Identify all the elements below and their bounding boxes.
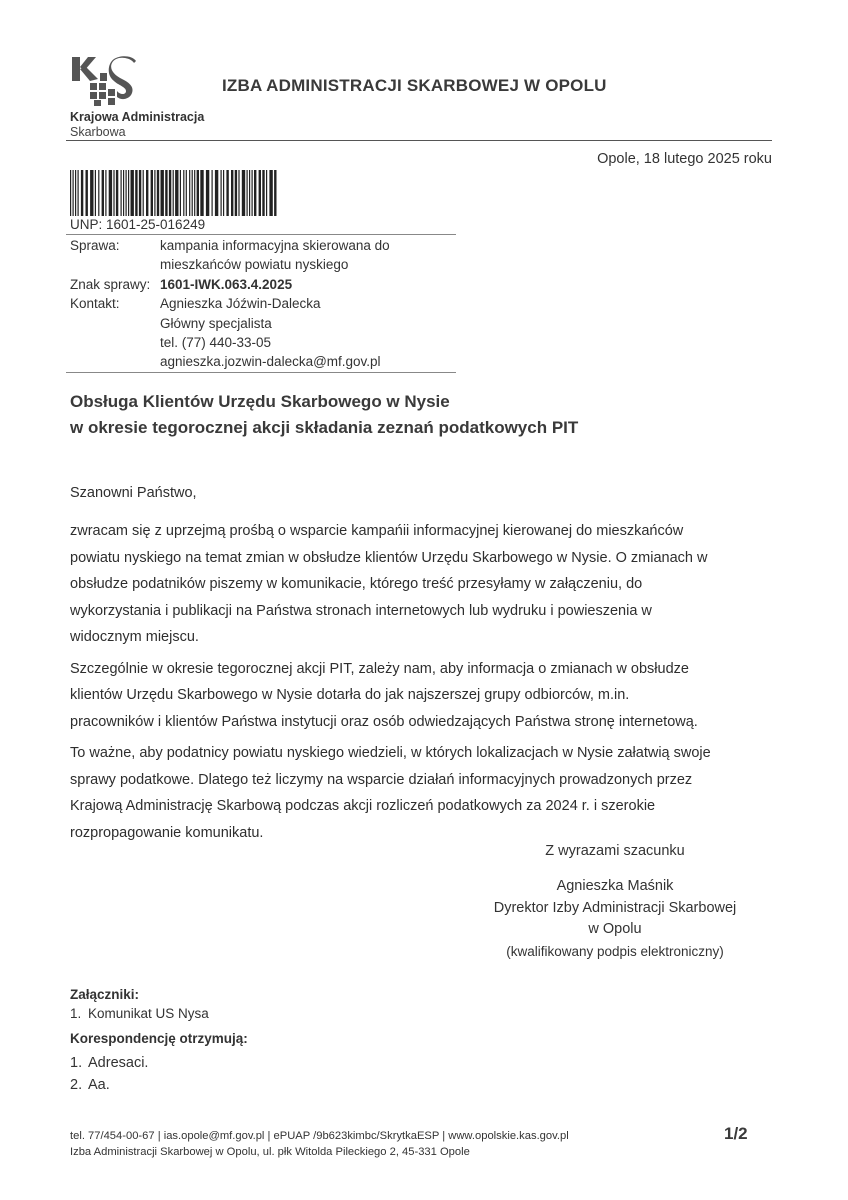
meta-divider-bottom: [66, 372, 456, 373]
meta-row: Główny specjalista: [70, 314, 390, 333]
case-meta-table: Sprawa:kampania informacyjna skierowana …: [70, 236, 390, 372]
meta-row: Kontakt:Agnieszka Jóźwin-Dalecka: [70, 294, 390, 313]
footer-address-line: Izba Administracji Skarbowej w Opolu, ul…: [70, 1144, 569, 1160]
meta-label: [70, 333, 160, 352]
letter-date: Opole, 18 lutego 2025 roku: [597, 151, 772, 167]
body-line: pracowników i klientów Państwa instytucj…: [70, 709, 770, 736]
list-number: 2.: [70, 1074, 88, 1096]
list-item: 1.Komunikat US Nysa: [70, 1004, 209, 1023]
body-line: obsłudze podatników piszemy w komunikaci…: [70, 571, 770, 598]
meta-value: tel. (77) 440-33-05: [160, 333, 390, 352]
footer-contact-line: tel. 77/454-00-67 | ias.opole@mf.gov.pl …: [70, 1128, 569, 1144]
signer-name: Agnieszka Maśnik: [460, 876, 770, 898]
body-line: sprawy podatkowe. Dlatego też liczymy na…: [70, 767, 770, 794]
recipients-heading: Korespondencję otrzymują:: [70, 1031, 248, 1046]
letter-body: zwracam się z uprzejmą prośbą o wsparcie…: [70, 518, 770, 851]
list-item: 1.Adresaci.: [70, 1052, 248, 1074]
recipients-list: 1.Adresaci.2.Aa.: [70, 1052, 248, 1096]
list-number: 1.: [70, 1004, 88, 1023]
meta-divider-top: [66, 234, 456, 235]
attachments-list: 1.Komunikat US Nysa: [70, 1004, 209, 1023]
meta-label: [70, 255, 160, 274]
meta-label: [70, 314, 160, 333]
meta-value: kampania informacyjna skierowana do: [160, 236, 390, 255]
attachments-heading: Załączniki:: [70, 985, 209, 1004]
body-line: Krajową Administrację Skarbową podczas a…: [70, 793, 770, 820]
meta-label: [70, 352, 160, 371]
signature-note: (kwalifikowany podpis elektroniczny): [460, 941, 770, 963]
body-line: klientów Urzędu Skarbowego w Nysie dotar…: [70, 682, 770, 709]
signature-block: Agnieszka Maśnik Dyrektor Izby Administr…: [460, 876, 770, 962]
meta-label: Znak sprawy:: [70, 275, 160, 294]
closing: Z wyrazami szacunku: [460, 843, 770, 859]
page-number: 1/2: [724, 1124, 748, 1144]
meta-row: Znak sprawy:1601-IWK.063.4.2025: [70, 275, 390, 294]
meta-label: Kontakt:: [70, 294, 160, 313]
list-text: Adresaci.: [88, 1055, 148, 1071]
body-line: Szczególnie w okresie tegorocznej akcji …: [70, 656, 770, 683]
meta-row: Sprawa:kampania informacyjna skierowana …: [70, 236, 390, 255]
meta-value: 1601-IWK.063.4.2025: [160, 275, 390, 294]
list-text: Komunikat US Nysa: [88, 1006, 209, 1021]
kas-logo-icon: [70, 55, 140, 107]
letter-subject: Obsługa Klientów Urzędu Skarbowego w Nys…: [70, 389, 578, 441]
salutation: Szanowni Państwo,: [70, 485, 197, 501]
body-line: zwracam się z uprzejmą prośbą o wsparcie…: [70, 518, 770, 545]
letter-page: Krajowa Administracja Skarbowa IZBA ADMI…: [0, 0, 848, 1200]
body-line: widocznym miejscu.: [70, 624, 770, 651]
footer: tel. 77/454-00-67 | ias.opole@mf.gov.pl …: [70, 1128, 569, 1160]
list-item: 2.Aa.: [70, 1074, 248, 1096]
barcode-icon: [70, 170, 278, 216]
list-text: Aa.: [88, 1077, 110, 1093]
meta-row: agnieszka.jozwin-dalecka@mf.gov.pl: [70, 352, 390, 371]
meta-value: Główny specjalista: [160, 314, 390, 333]
list-number: 1.: [70, 1052, 88, 1074]
unp-number: UNP: 1601-25-016249: [70, 217, 205, 232]
signer-position-location: w Opolu: [460, 919, 770, 941]
subject-line2: w okresie tegorocznej akcji składania ze…: [70, 415, 578, 441]
org-name-line2: Skarbowa: [70, 125, 204, 140]
header-divider: [66, 140, 772, 141]
meta-value: mieszkańców powiatu nyskiego: [160, 255, 390, 274]
recipients-section: Korespondencję otrzymują: 1.Adresaci.2.A…: [70, 1031, 248, 1096]
body-paragraph: zwracam się z uprzejmą prośbą o wsparcie…: [70, 518, 770, 651]
meta-row: mieszkańców powiatu nyskiego: [70, 255, 390, 274]
signer-position: Dyrektor Izby Administracji Skarbowej: [460, 898, 770, 920]
body-paragraph: Szczególnie w okresie tegorocznej akcji …: [70, 656, 770, 736]
attachments-section: Załączniki: 1.Komunikat US Nysa: [70, 985, 209, 1023]
body-line: powiatu nyskiego na temat zmian w obsłud…: [70, 545, 770, 572]
meta-value: agnieszka.jozwin-dalecka@mf.gov.pl: [160, 352, 390, 371]
org-name-line1: Krajowa Administracja: [70, 110, 204, 125]
meta-value: Agnieszka Jóźwin-Dalecka: [160, 294, 390, 313]
body-line: To ważne, aby podatnicy powiatu nyskiego…: [70, 740, 770, 767]
body-line: wykorzystania i publikacji na Państwa st…: [70, 598, 770, 625]
body-paragraph: To ważne, aby podatnicy powiatu nyskiego…: [70, 740, 770, 846]
meta-label: Sprawa:: [70, 236, 160, 255]
org-name: Krajowa Administracja Skarbowa: [70, 110, 204, 140]
subject-line1: Obsługa Klientów Urzędu Skarbowego w Nys…: [70, 389, 578, 415]
header-title: IZBA ADMINISTRACJI SKARBOWEJ W OPOLU: [222, 76, 607, 96]
meta-row: tel. (77) 440-33-05: [70, 333, 390, 352]
